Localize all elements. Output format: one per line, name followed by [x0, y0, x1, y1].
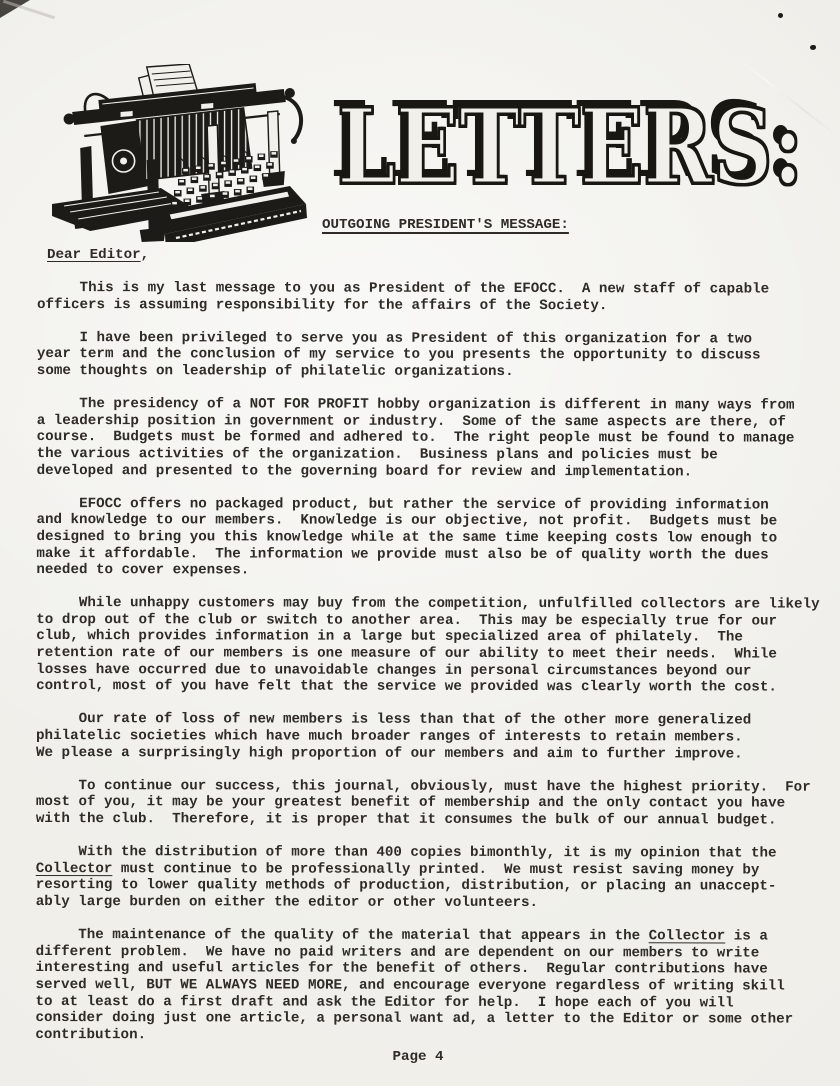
text-segment: The maintenance of the quality of the ma…	[36, 927, 649, 944]
page-number: Page 4	[0, 1049, 836, 1066]
scanned-newsletter-page: LETTERS: LETTERS: OUTGOING PRESIDENT'S M…	[0, 0, 840, 1086]
letter-body: This is my last message to you as Presid…	[35, 280, 840, 1062]
text-segment: I have been privileged to serve you as P…	[37, 330, 761, 380]
text-segment: This is my last message to you as Presid…	[37, 280, 769, 314]
text-segment: Our rate of loss of new members is less …	[36, 711, 751, 762]
letter-paragraph: To continue our success, this journal, o…	[36, 778, 840, 829]
letter-paragraph: The maintenance of the quality of the ma…	[35, 927, 839, 1045]
letters-header-face: LETTERS:	[337, 87, 803, 207]
underlined-text: Dear Editor	[47, 247, 141, 263]
underlined-text: Collector	[649, 928, 726, 944]
section-heading: OUTGOING PRESIDENT'S MESSAGE:	[322, 217, 569, 234]
letter-paragraph: Our rate of loss of new members is less …	[36, 711, 840, 762]
typewriter-icon	[50, 64, 308, 242]
letter-paragraph: While unhappy customers may buy from the…	[36, 595, 840, 696]
letter-paragraph: EFOCC offers no packaged product, but ra…	[36, 496, 840, 581]
text-segment: EFOCC offers no packaged product, but ra…	[36, 496, 777, 579]
underlined-text: Collector	[36, 861, 113, 877]
text-segment: While unhappy customers may buy from the…	[36, 595, 820, 696]
letters-header: LETTERS: LETTERS:	[330, 80, 674, 200]
text-segment: must continue to be professionally print…	[36, 861, 777, 911]
letter-paragraph: The presidency of a NOT FOR PROFIT hobby…	[37, 396, 840, 481]
scan-speck	[778, 13, 783, 18]
text-segment: The presidency of a NOT FOR PROFIT hobby…	[37, 396, 795, 480]
letter-paragraph: With the distribution of more than 400 c…	[36, 844, 840, 912]
letter-paragraph: This is my last message to you as Presid…	[37, 280, 840, 315]
letter-paragraph: I have been privileged to serve you as P…	[37, 330, 840, 381]
text-segment: ,	[141, 247, 150, 263]
scan-speck	[810, 45, 816, 50]
salutation: Dear Editor,	[47, 247, 149, 264]
text-segment: To continue our success, this journal, o…	[36, 778, 811, 829]
text-segment: With the distribution of more than 400 c…	[36, 844, 777, 862]
text-segment: is a different problem. We have no paid …	[35, 929, 793, 1043]
